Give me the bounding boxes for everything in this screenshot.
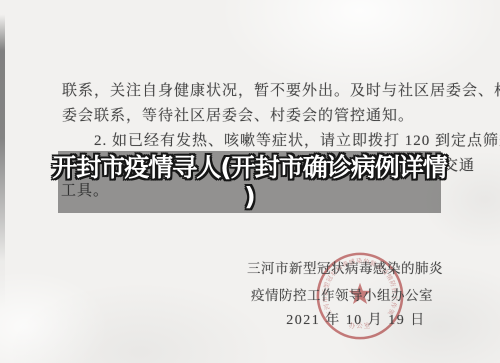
doc-body-line-2: 委会联系，等待社区居委会、村委会的管控通知。 bbox=[62, 108, 414, 125]
headline-line-2: ) bbox=[244, 182, 254, 211]
doc-body-line-4-fragment: 交通 bbox=[443, 158, 475, 175]
issuer-org-line-2: 疫情防控工作领导小组办公室 bbox=[251, 287, 433, 304]
doc-body-line-3: 2. 如已经有发热、咳嗽等症状，请立即拨打 120 到定点筛查 bbox=[94, 133, 500, 150]
issuer-org-line-1: 三河市新型冠状病毒感染的肺炎 bbox=[247, 260, 443, 277]
document-photo: 联系，关注自身健康状况，暂不要外出。及时与社区居委会、村 委会联系，等待社区居委… bbox=[0, 0, 500, 363]
screenshot-root: 联系，关注自身健康状况，暂不要外出。及时与社区居委会、村 委会联系，等待社区居委… bbox=[0, 0, 500, 363]
headline-line-1: 开封市疫情寻人(开封市确诊病例详情 bbox=[52, 153, 446, 182]
doc-body-line-1: 联系，关注自身健康状况，暂不要外出。及时与社区居委会、村 bbox=[62, 83, 500, 100]
paper-left-edge-shadow bbox=[0, 0, 5, 363]
issue-date: 2021 年 10 月 19 日 bbox=[286, 312, 426, 329]
headline-overlay-band: 开封市疫情寻人(开封市确诊病例详情 ) bbox=[58, 151, 441, 213]
